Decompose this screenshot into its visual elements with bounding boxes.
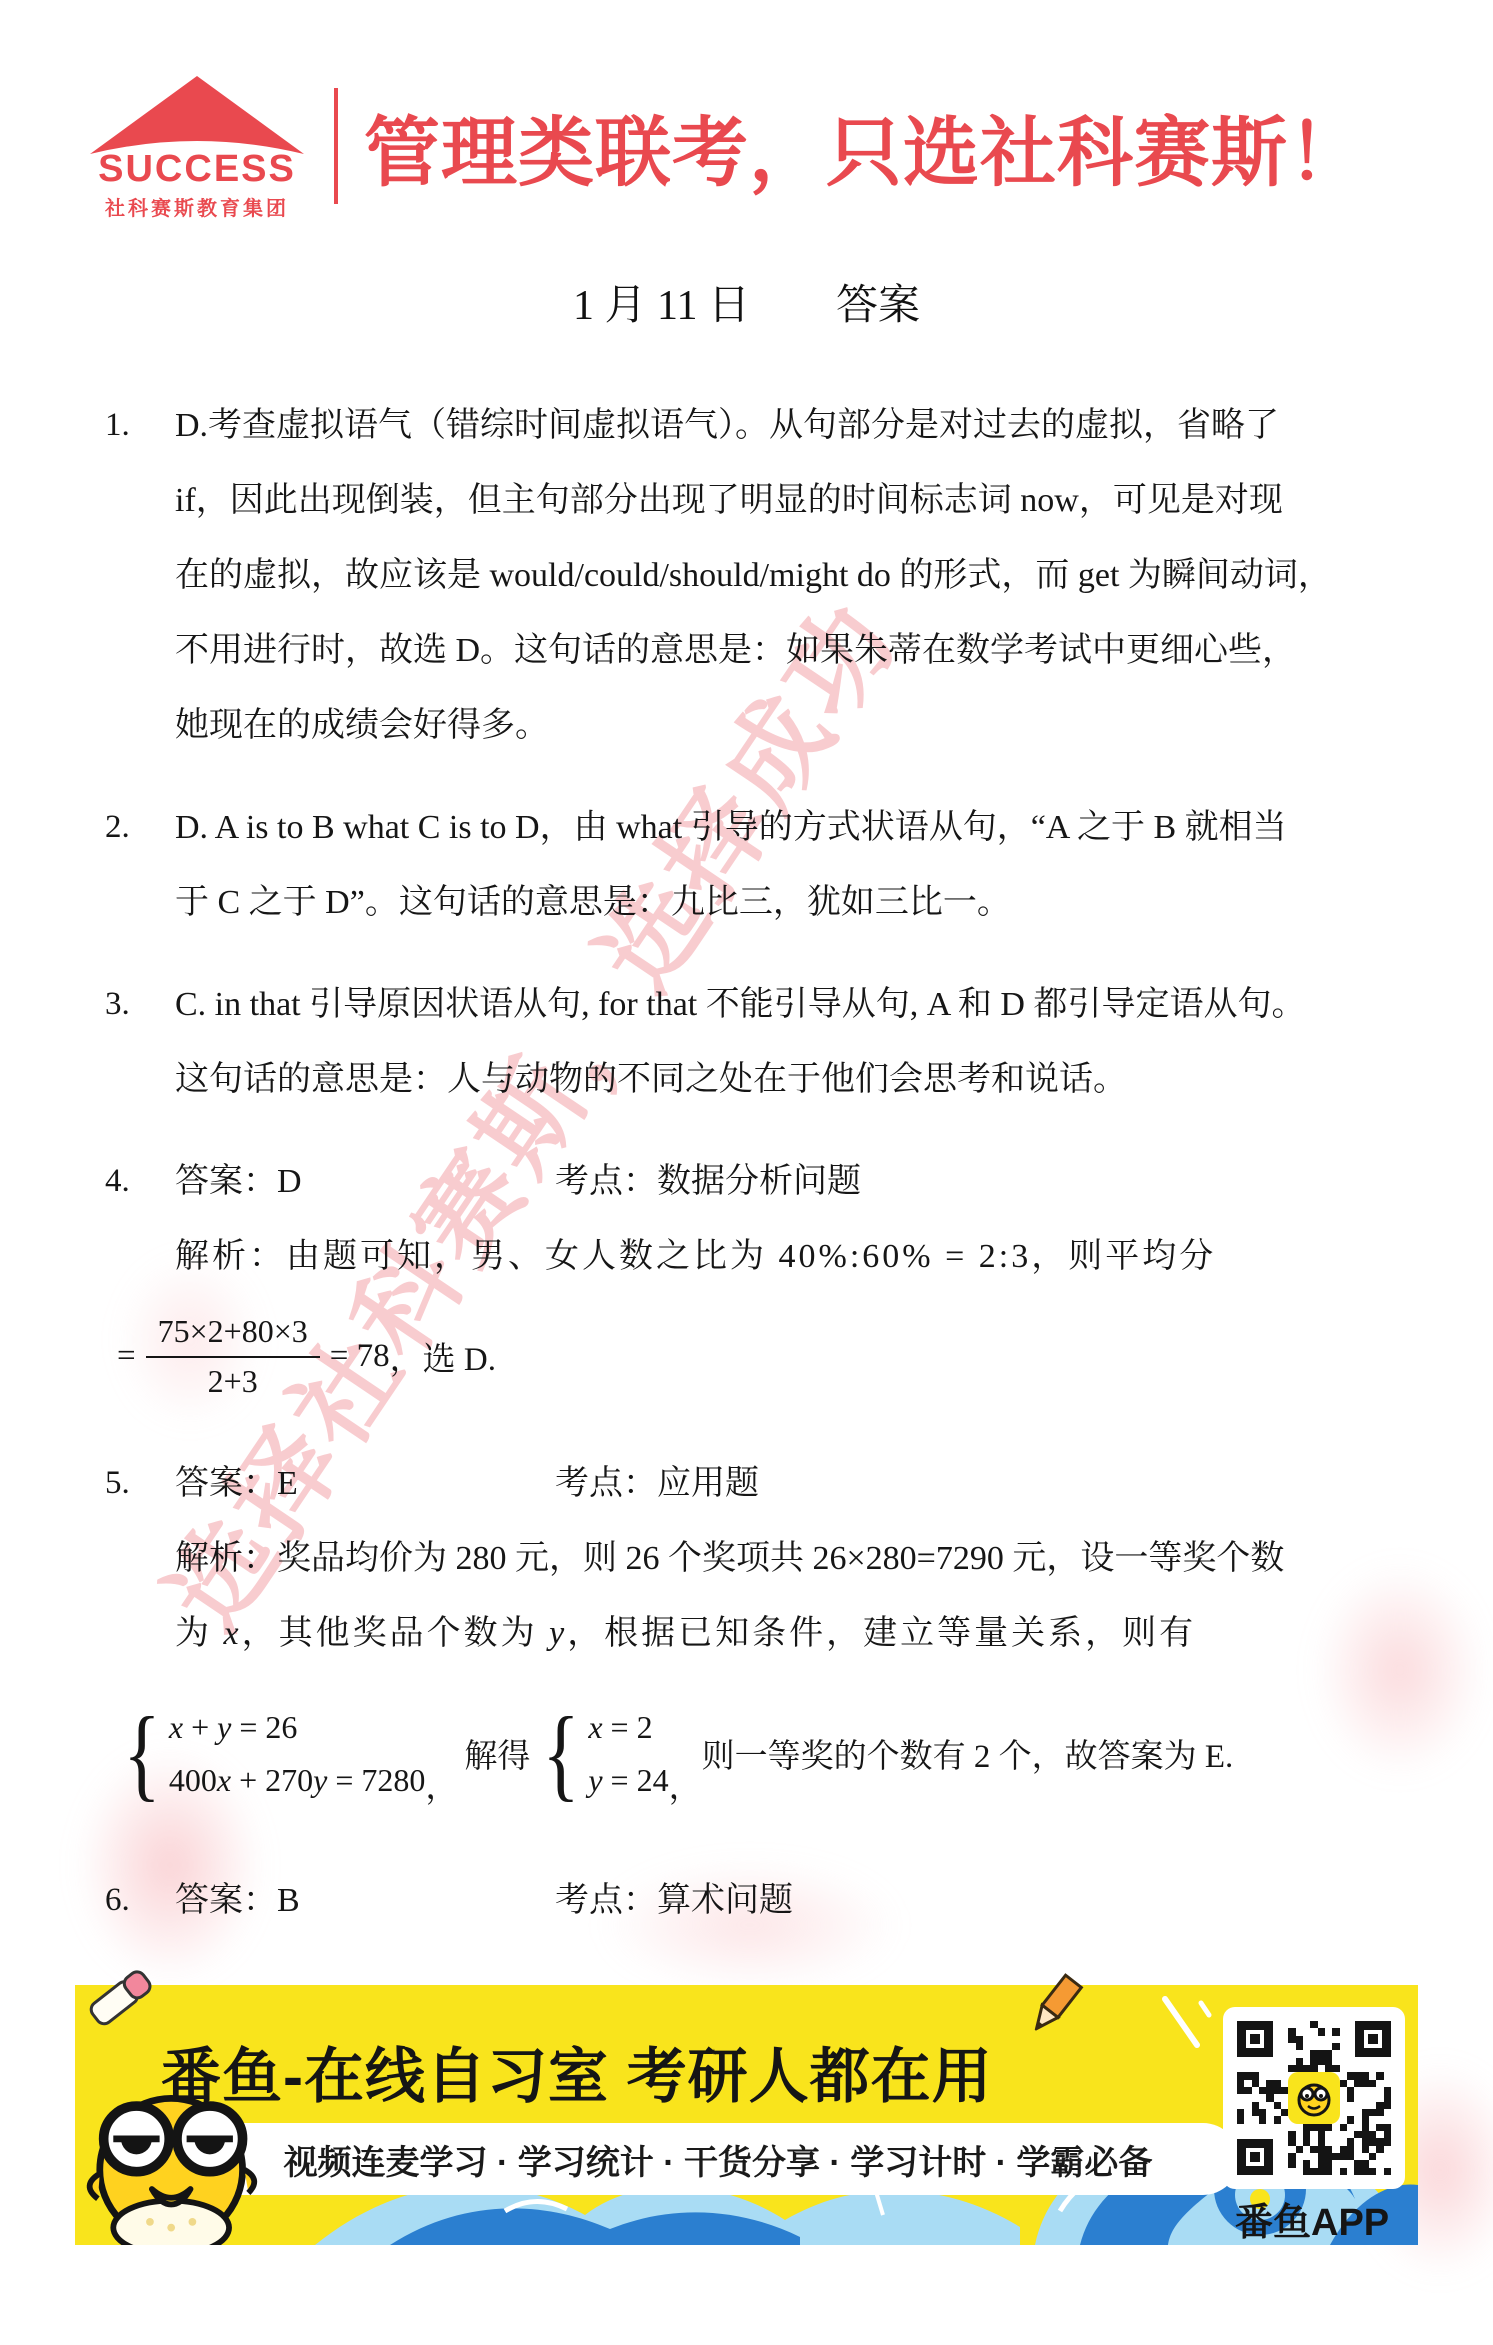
qr-finder-pattern [1237, 2139, 1273, 2175]
sparkle-icon [1157, 1993, 1217, 2063]
answer-item-5: 5. 答案：E 考点：应用题 解析：奖品均价为 280 元，则 26 个奖项共 … [105, 1446, 1405, 1836]
title-date: 1 月 11 日 [573, 283, 750, 329]
logo-title: SUCCESS [98, 150, 296, 190]
item-number: 1. [105, 388, 175, 763]
answer-line: D.考查虚拟语气（错综时间虚拟语气）。从句部分是对过去的虚拟，省略了 [175, 388, 1405, 463]
answer-line: 不用进行时，故选 D。这句话的意思是：如果朱蒂在数学考试中更细心些， [175, 613, 1405, 688]
success-logo: SUCCESS 社科赛斯教育集团 [78, 72, 316, 221]
header-slogan: 管理类联考，只选社科赛斯！ [364, 92, 1365, 201]
item-number: 3. [105, 967, 175, 1117]
fish-mascot-icon [71, 2081, 281, 2245]
topic-label: 考点：应用题 [555, 1446, 759, 1521]
topic-label: 考点：数据分析问题 [555, 1144, 861, 1219]
mountain-logo-icon [84, 72, 310, 156]
equation-system: { x + y = 26 400x + 270y = 7280 ， 解得 { x… [117, 1671, 1405, 1836]
app-label: 番鱼APP [1235, 2191, 1389, 2246]
answer-line: 这句话的意思是：人与动物的不同之处在于他们会思考和说话。 [175, 1042, 1405, 1117]
analysis-line: 解析：奖品均价为 280 元，则 26 个奖项共 26×280=7290 元，设… [175, 1521, 1405, 1596]
item-number: 2. [105, 790, 175, 940]
answer-label: 答案：D [175, 1144, 555, 1219]
answer-label: 答案：E [175, 1446, 555, 1521]
answer-line: C. in that 引导原因状语从句, for that 不能引导从句, A … [175, 967, 1405, 1042]
header: SUCCESS 社科赛斯教育集团 管理类联考，只选社科赛斯！ [78, 72, 1423, 221]
answer-line: if，因此出现倒装，但主句部分出现了明显的时间标志词 now，可见是对现 [175, 463, 1405, 538]
analysis-line: 为 x，其他奖品个数为 y，根据已知条件，建立等量关系，则有 [175, 1596, 1405, 1671]
answer-item-3: 3. C. in that 引导原因状语从句, for that 不能引导从句,… [105, 967, 1405, 1117]
banner-features: 视频连麦学习 · 学习统计 · 干货分享 · 学习计时 · 学霸必备 [197, 2123, 1239, 2195]
answers-list: 1. D.考查虚拟语气（错综时间虚拟语气）。从句部分是对过去的虚拟，省略了 if… [105, 388, 1405, 2080]
topic-label: 考点：算术问题 [555, 1863, 793, 1938]
fanyu-ad-banner: 番鱼-在线自习室 考研人都在用 视频连麦学习 · 学习统计 · 干货分享 · 学… [75, 1985, 1418, 2245]
qr-finder-pattern [1355, 2021, 1391, 2057]
fraction-formula: = 75×2+80×3 2+3 = 78 ，选 D. [117, 1294, 1405, 1419]
answer-label: 答案：B [175, 1863, 555, 1938]
page: 选择社科赛斯，选择成功 SUCCESS 社科赛斯教育集团 管理类联考，只选社科赛… [0, 0, 1493, 2345]
logo-subtitle: 社科赛斯教育集团 [105, 192, 289, 221]
page-title: 1 月 11 日答案 [0, 272, 1493, 332]
answer-line: 于 C 之于 D”。这句话的意思是：九比三，犹如三比一。 [175, 865, 1405, 940]
banner-headline: 番鱼-在线自习室 考研人都在用 [161, 2029, 993, 2115]
qr-center-fish-logo [1288, 2072, 1340, 2124]
answer-line: D. A is to B what C is to D，由 what 引导的方式… [175, 790, 1405, 865]
header-divider [334, 88, 338, 204]
answer-line: 在的虚拟，故应该是 would/could/should/might do 的形… [175, 538, 1405, 613]
answer-line: 她现在的成绩会好得多。 [175, 688, 1405, 763]
answer-item-2: 2. D. A is to B what C is to D，由 what 引导… [105, 790, 1405, 940]
answer-item-1: 1. D.考查虚拟语气（错综时间虚拟语气）。从句部分是对过去的虚拟，省略了 if… [105, 388, 1405, 763]
title-answer: 答案 [836, 283, 920, 329]
qr-code [1223, 2007, 1405, 2189]
analysis-line: 解析：由题可知，男、女人数之比为 40%:60% = 2:3，则平均分 [175, 1219, 1405, 1294]
qr-finder-pattern [1237, 2021, 1273, 2057]
answer-item-4: 4. 答案：D 考点：数据分析问题 解析：由题可知，男、女人数之比为 40%:6… [105, 1144, 1405, 1419]
